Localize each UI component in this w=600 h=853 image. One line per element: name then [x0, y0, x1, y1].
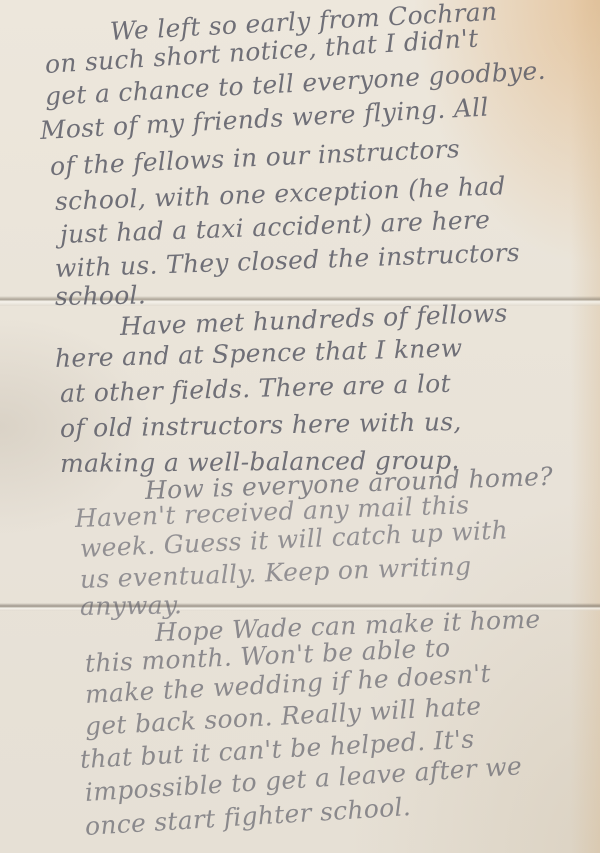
text-line: here and at Spence that I knew [55, 333, 463, 373]
letter-page: We left so early from Cochran on such sh… [0, 0, 600, 853]
text-line: anyway. [80, 590, 183, 621]
text-line: school. [55, 280, 147, 311]
text-line: at other fields. There are a lot [60, 369, 452, 408]
text-line: of old instructors here with us, [60, 407, 462, 443]
paper-edge-stain [570, 0, 600, 853]
